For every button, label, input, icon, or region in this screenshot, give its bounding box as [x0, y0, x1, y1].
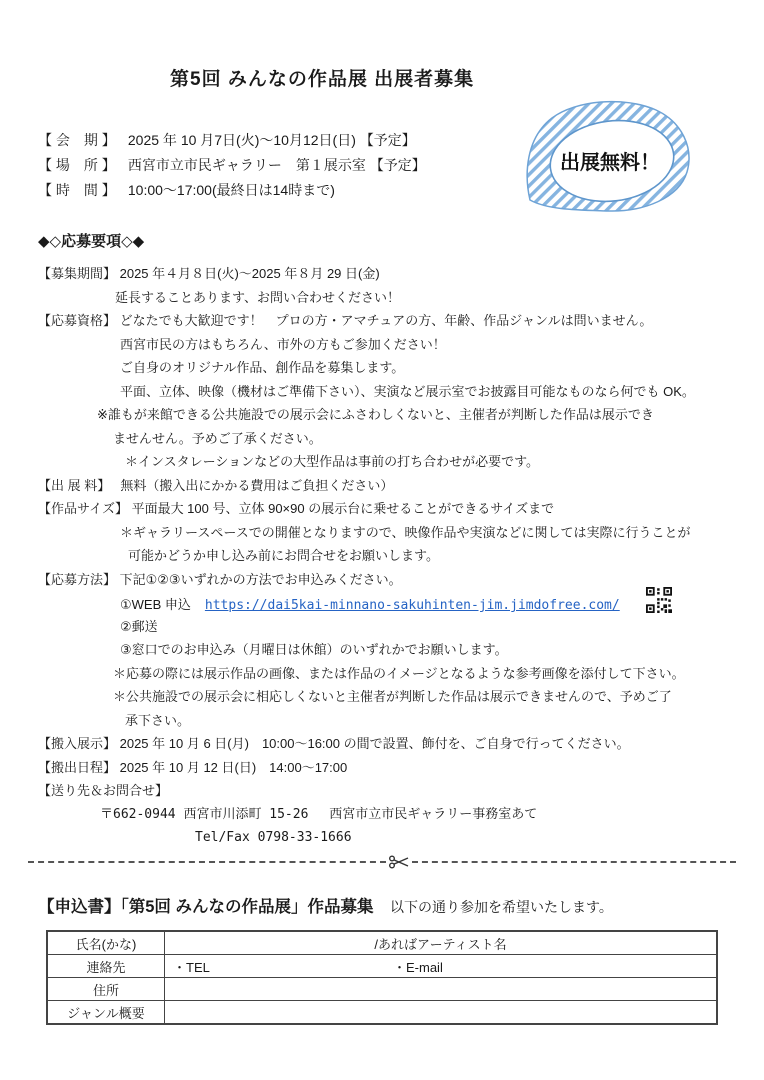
info-label-time: 【 時 間 】: [38, 178, 124, 203]
table-row-name: 氏名(かな) /あればアーティスト名: [47, 931, 717, 955]
line-gallery-space-note-1: ＊ギャラリースペースでの開催となりますので、映像作品や実演などに関しては実際に行…: [0, 521, 764, 545]
row-contact-label: 連絡先: [47, 955, 165, 978]
info-label-date: 【 会 期 】: [38, 128, 124, 153]
info-value-date: 2025 年 10 月7日(火)～10月12日(日) 【予定】: [128, 132, 416, 148]
line-original-works: ご自身のオリジナル作品、創作品を募集します。: [0, 356, 764, 380]
line-gallery-space-note-2: 可能かどうか申し込み前にお問合せをお願いします。: [0, 544, 764, 568]
line-web-apply: ①WEB 申込https://dai5kai-minnano-sakuhinte…: [0, 591, 764, 615]
table-row-address: 住所: [47, 978, 717, 1001]
row-address-field: [165, 978, 718, 1001]
row-name-field: /あればアーティスト名: [165, 931, 718, 955]
scissors-icon: [386, 855, 412, 869]
table-row-contact: 連絡先 ・TEL ・E-mail: [47, 955, 717, 978]
cut-line: [28, 855, 736, 869]
web-apply-label: ①WEB 申込: [120, 597, 191, 612]
row-genre-field: [165, 1001, 718, 1025]
application-form-title-main: 【申込書】「第5回 みんなの作品展」作品募集: [38, 898, 374, 916]
line-recruit-period: 【募集期間】 2025 年４月８日(火)～2025 年８月 29 日(金): [0, 262, 764, 286]
application-form-title-sub: 以下の通り参加を希望いたします。: [390, 899, 613, 915]
info-row-time: 【 時 間 】 10:00～17:00(最終日は14時まで): [38, 178, 426, 203]
line-installation-note: ＊インスタレーションなどの大型作品は事前の打ち合わせが必要です。: [0, 450, 764, 474]
line-public-facility-note-2: ませんせん。予めご了承ください。: [0, 427, 764, 451]
web-apply-link[interactable]: https://dai5kai-minnano-sakuhinten-jim.j…: [205, 598, 620, 613]
line-tel-fax: Tel/Fax 0798-33-1666: [0, 826, 764, 850]
line-rejection-note-1: ＊公共施設での展示会に相応しくないと主催者が判断した作品は展示できませんので、予…: [0, 685, 764, 709]
contact-tel-label: ・TEL: [173, 960, 209, 975]
section-header-application-guidelines: ◆◇応募要項◇◆: [38, 230, 144, 251]
row-contact-field: ・TEL ・E-mail: [165, 955, 718, 978]
info-value-time: 10:00～17:00(最終日は14時まで): [128, 182, 335, 198]
line-work-size: 【作品サイズ】 平面最大 100 号、立体 90×90 の展示台に乗せることがで…: [0, 497, 764, 521]
line-contact-header: 【送り先＆お問合せ】: [0, 779, 764, 803]
badge-label: 出展無料！: [560, 150, 660, 174]
event-info: 【 会 期 】 2025 年 10 月7日(火)～10月12日(日) 【予定】 …: [38, 128, 426, 203]
flyer-page: 第5回 みんなの作品展 出展者募集 出展無料！ 【 会 期 】 2025 年 1…: [0, 0, 764, 1080]
badge-bubble-icon: 出展無料！: [524, 98, 694, 216]
cut-dash-left: [28, 861, 386, 863]
row-genre-label: ジャンル概要: [47, 1001, 165, 1025]
application-form-title: 【申込書】「第5回 みんなの作品展」作品募集 以下の通り参加を希望いたします。: [38, 893, 613, 917]
line-exhibit-fee: 【出 展 料】 無料（搬入出にかかる費用はご負担ください）: [0, 474, 764, 498]
guidelines-body: 【募集期間】 2025 年４月８日(火)～2025 年８月 29 日(金) 延長…: [0, 262, 764, 850]
line-counter-apply: ③窓口でのお申込み（月曜日は休館）のいずれかでお願いします。: [0, 638, 764, 662]
contact-email-label: ・E-mail: [393, 960, 443, 975]
line-extension-note: 延長することあります、お問い合わせください！: [0, 286, 764, 310]
line-eligibility: 【応募資格】 どなたでも大歓迎です！ プロの方・アマチュアの方、年齢、作品ジャン…: [0, 309, 764, 333]
free-entry-badge: 出展無料！: [524, 98, 694, 216]
line-attach-image-note: ＊応募の際には展示作品の画像、または作品のイメージとなるような参考画像を添付して…: [0, 662, 764, 686]
info-label-place: 【 場 所 】: [38, 153, 124, 178]
cut-dash-right: [412, 861, 736, 863]
application-form-table: 氏名(かな) /あればアーティスト名 連絡先 ・TEL ・E-mail 住所 ジ…: [46, 930, 718, 1025]
row-address-label: 住所: [47, 978, 165, 1001]
line-carry-out: 【搬出日程】 2025 年 10 月 12 日(日) 14:00～17:00: [0, 756, 764, 780]
line-carry-in: 【搬入展示】 2025 年 10 月 6 日(月) 10:00～16:00 の間…: [0, 732, 764, 756]
line-public-facility-note-1: ※誰もが来館できる公共施設での展示会にふさわしくないと、主催者が判断した作品は展…: [0, 403, 764, 427]
page-title: 第5回 みんなの作品展 出展者募集: [170, 64, 474, 91]
table-row-genre: ジャンル概要: [47, 1001, 717, 1025]
info-value-place: 西宮市立市民ギャラリー 第１展示室 【予定】: [128, 157, 426, 173]
line-postal-address: 〒662-0944 西宮市川添町 15-26 西宮市立市民ギャラリー事務室あて: [0, 803, 764, 827]
row-name-label: 氏名(かな): [47, 931, 165, 955]
qr-code-icon: [646, 587, 672, 621]
line-residents: 西宮市民の方はもちろん、市外の方もご参加ください！: [0, 333, 764, 357]
info-row-place: 【 場 所 】 西宮市立市民ギャラリー 第１展示室 【予定】: [38, 153, 426, 178]
line-work-types: 平面、立体、映像（機材はご準備下さい）、実演など展示室でお披露目可能なものなら何…: [0, 380, 764, 404]
info-row-date: 【 会 期 】 2025 年 10 月7日(火)～10月12日(日) 【予定】: [38, 128, 426, 153]
line-rejection-note-2: 承下さい。: [0, 709, 764, 733]
